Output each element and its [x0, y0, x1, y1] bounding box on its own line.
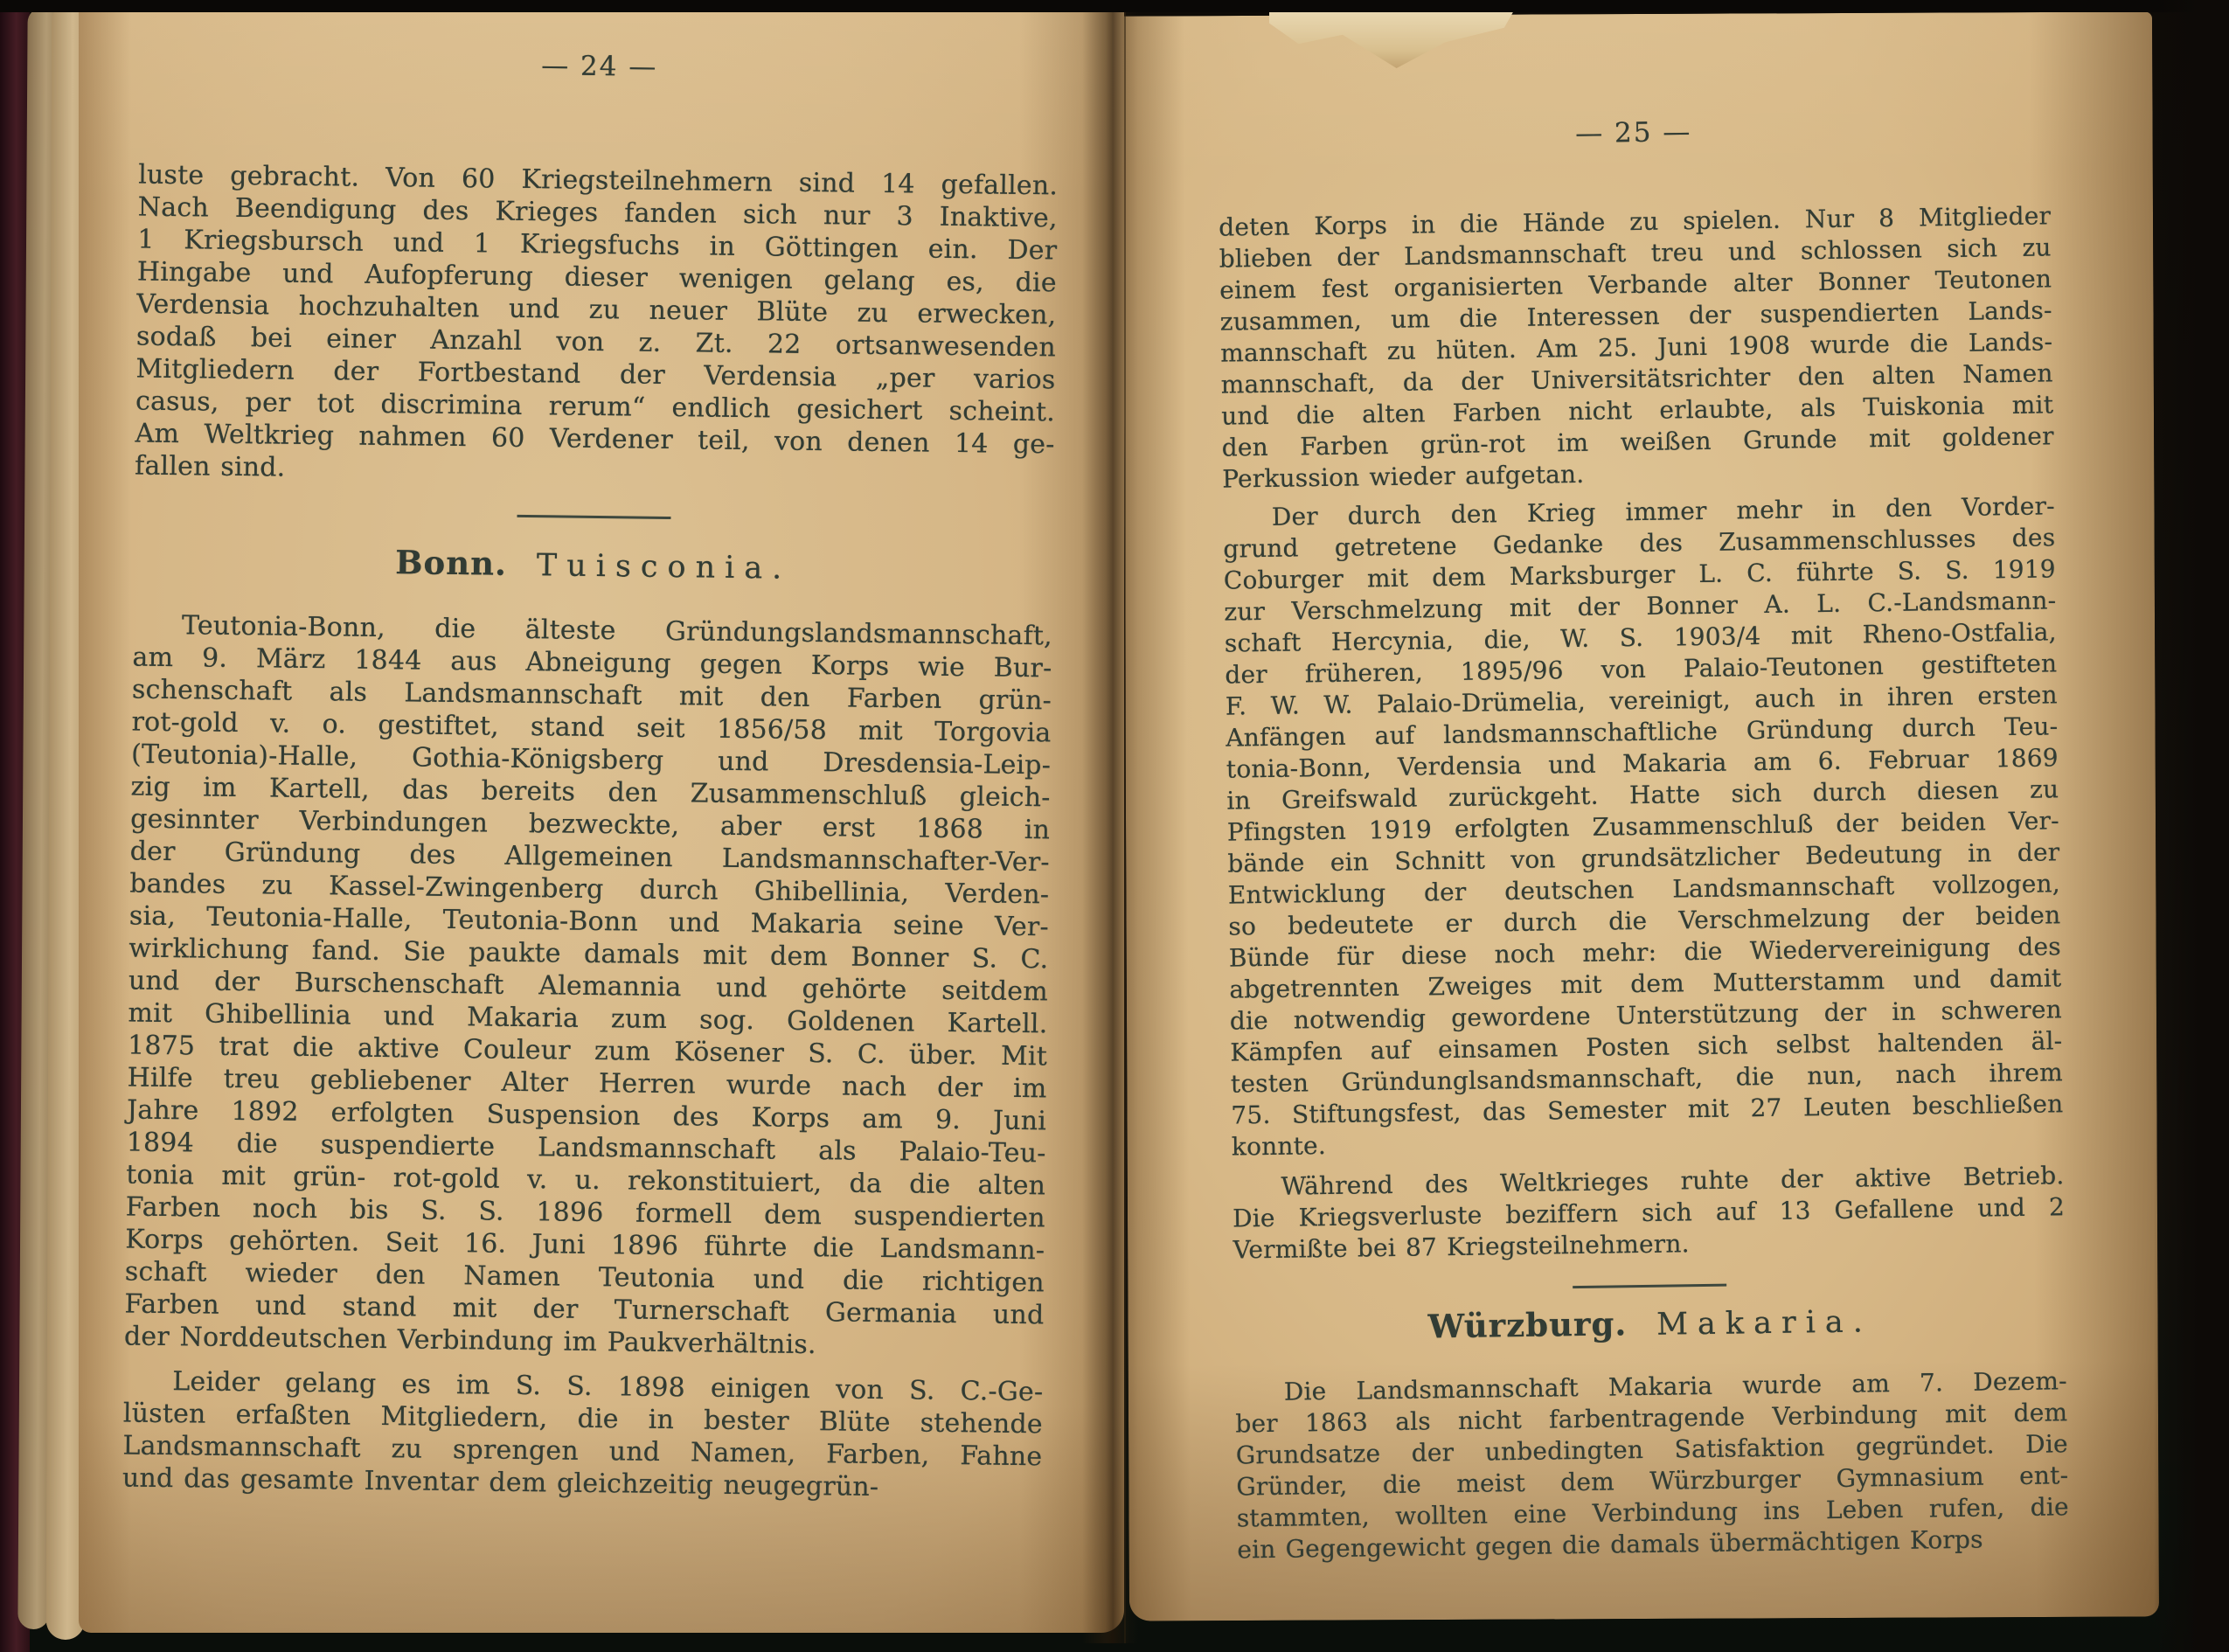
section-heading: Bonn.Tuisconia. [133, 539, 1053, 598]
heading-name: Makaria. [1656, 1304, 1872, 1342]
paragraph: deten Korps in die Hände zu spielen. Nur… [1219, 200, 2054, 495]
gutter-shadow [1082, 0, 1138, 1643]
separator-rule [517, 515, 670, 519]
paragraph: Leider gelang es im S. S. 1898 einigen v… [122, 1364, 1044, 1505]
left-page-text: — 24 — luste gebracht. Von 60 Kriegsteil… [122, 45, 1059, 1506]
photo-top-edge [0, 0, 2229, 12]
right-page-text: — 25 — deten Korps in die Hände zu spiel… [1218, 111, 2070, 1565]
paragraph: Teutonia-Bonn, die älteste Gründungsland… [124, 609, 1052, 1364]
section-heading: Würzburg.Makaria. [1233, 1295, 2066, 1357]
paragraph: Die Landsmannschaft Makaria wurde am 7. … [1235, 1365, 2070, 1565]
paragraph: luste gebracht. Von 60 Kriegsteilnehmern… [135, 159, 1058, 494]
left-page: — 24 — luste gebracht. Von 60 Kriegsteil… [79, 9, 1124, 1633]
paragraph: Während des Weltkrieges ruhte der aktive… [1232, 1160, 2065, 1266]
open-book-photo: — 24 — luste gebracht. Von 60 Kriegsteil… [0, 0, 2229, 1652]
heading-city: Würzburg. [1427, 1304, 1627, 1345]
paragraph: Der durch den Krieg immer mehr in den Vo… [1223, 490, 2064, 1163]
heading-name: Tuisconia. [537, 548, 792, 587]
page-number: — 25 — [1218, 111, 2050, 154]
photo-right-edge [2154, 0, 2229, 1652]
page-number: — 24 — [140, 45, 1059, 88]
right-page: — 25 — deten Korps in die Hände zu spiel… [1122, 11, 2159, 1621]
separator-rule [1573, 1284, 1726, 1288]
heading-city: Bonn. [395, 543, 507, 583]
gutter-crease [1124, 0, 1126, 1643]
